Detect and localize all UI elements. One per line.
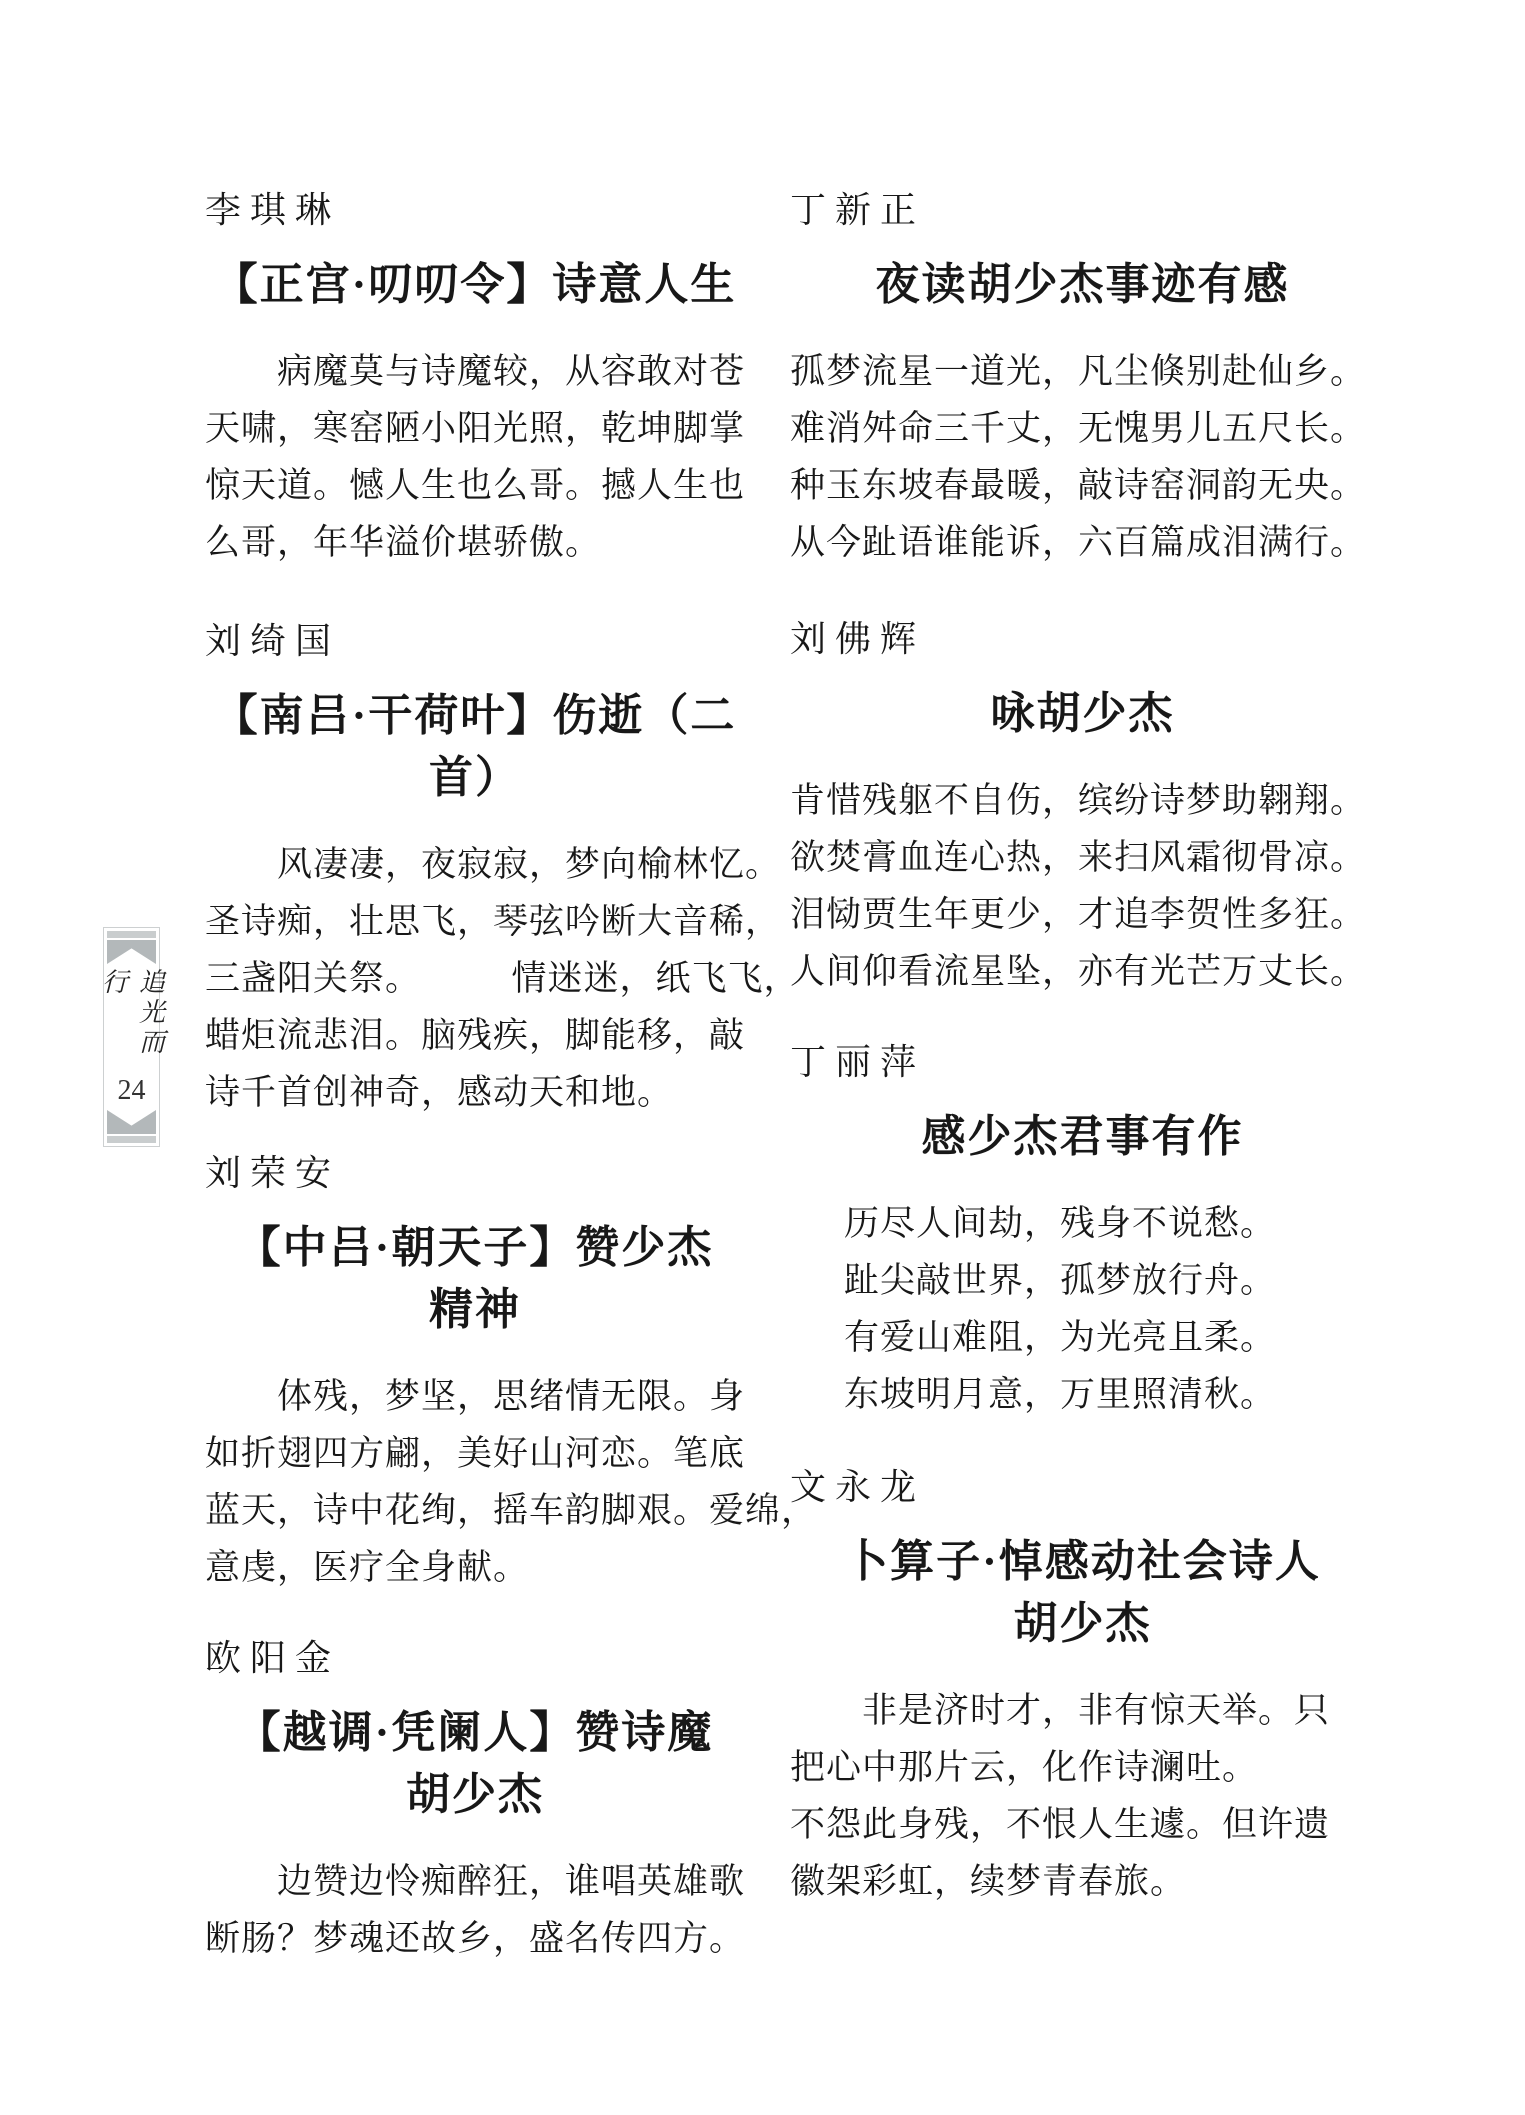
poem-line: 蜡炬流悲泪。脑残疾，脚能移，敲: [205, 1007, 745, 1064]
bookmark-top-ribbon: [107, 940, 156, 964]
bookmark-bottom-strip: [107, 1136, 156, 1143]
poem-line: 非是济时才，非有惊天举。只: [790, 1682, 1375, 1739]
poem-line: 肯惜残躯不自伤，缤纷诗梦助翱翔。: [790, 772, 1375, 829]
poem-line: 蓝天，诗中花绚，摇车韵脚艰。爱绵，: [205, 1482, 745, 1539]
poem-line: 惊天道。憾人生也么哥。撼人生也: [205, 457, 745, 514]
poem-title: 卜算子·悼感动社会诗人 胡少杰: [790, 1531, 1375, 1655]
poem-title-line: 【正宫·叨叨令】诗意人生: [205, 254, 745, 316]
poem-section: 丁新正 夜读胡少杰事迹有感 孤梦流星一道光，凡尘倏别赴仙乡。 难消舛命三千丈，无…: [790, 188, 1375, 571]
poem-title-line: 【越调·凭阑人】赞诗魔: [205, 1702, 745, 1764]
poem-line: 不怨此身残，不恨人生遽。但许遗: [790, 1796, 1375, 1853]
poem-body: 历尽人间劫，残身不说愁。 趾尖敲世界，孤梦放行舟。 有爱山难阻，为光亮且柔。 东…: [790, 1195, 1375, 1423]
poem-title: 【中吕·朝天子】赞少杰 精神: [205, 1217, 745, 1341]
poem-title-line: 夜读胡少杰事迹有感: [790, 254, 1375, 316]
poem-author: 欧阳金: [205, 1636, 745, 1680]
poem-line: 风凄凄，夜寂寂，梦向榆林忆。: [205, 836, 745, 893]
poem-author: 文永龙: [790, 1465, 1375, 1509]
page-number: 24: [107, 1074, 156, 1108]
poem-author: 刘荣安: [205, 1151, 745, 1195]
poem-line: 从今趾语谁能诉，六百篇成泪满行。: [790, 514, 1375, 571]
poem-line: 泪恸贾生年更少，才追李贺性多狂。: [790, 886, 1375, 943]
poem-title-line: 卜算子·悼感动社会诗人: [790, 1531, 1375, 1593]
poem-title-line: 【南吕·干荷叶】伤逝（二首）: [205, 685, 745, 809]
poem-title: 【越调·凭阑人】赞诗魔 胡少杰: [205, 1702, 745, 1826]
poem-author: 刘佛辉: [790, 617, 1375, 661]
poem-author: 李琪琳: [205, 188, 745, 232]
book-title-vertical: 追光而行: [107, 968, 156, 1074]
poem-line: 体残，梦坚，思绪情无限。身: [205, 1368, 745, 1425]
poem-title-line: 感少杰君事有作: [790, 1106, 1375, 1168]
poem-body: 肯惜残躯不自伤，缤纷诗梦助翱翔。 欲焚膏血连心热，来扫风霜彻骨凉。 泪恸贾生年更…: [790, 772, 1375, 1000]
poem-title: 咏胡少杰: [790, 683, 1375, 745]
poem-author: 丁丽萍: [790, 1040, 1375, 1084]
poem-body: 风凄凄，夜寂寂，梦向榆林忆。 圣诗痴，壮思飞，琴弦吟断大音稀， 三盏阳关祭。 情…: [205, 836, 745, 1121]
poem-section: 刘佛辉 咏胡少杰 肯惜残躯不自伤，缤纷诗梦助翱翔。 欲焚膏血连心热，来扫风霜彻骨…: [790, 617, 1375, 1000]
poem-author: 刘绮国: [205, 619, 745, 663]
poem-section: 欧阳金 【越调·凭阑人】赞诗魔 胡少杰 边赞边怜痴醉狂，谁唱英雄歌 断肠？梦魂还…: [205, 1636, 745, 1967]
poem-line: 人间仰看流星坠，亦有光芒万丈长。: [790, 943, 1375, 1000]
poem-line: 孤梦流星一道光，凡尘倏别赴仙乡。: [790, 343, 1375, 400]
poem-section: 刘绮国 【南吕·干荷叶】伤逝（二首） 风凄凄，夜寂寂，梦向榆林忆。 圣诗痴，壮思…: [205, 619, 745, 1121]
poem-line: 东坡明月意，万里照清秋。: [790, 1366, 1375, 1423]
poem-line: 意虔，医疗全身献。: [205, 1539, 745, 1596]
poem-body: 非是济时才，非有惊天举。只 把心中那片云，化作诗澜吐。 不怨此身残，不恨人生遽。…: [790, 1682, 1375, 1910]
poem-title-line: 胡少杰: [790, 1593, 1375, 1655]
poem-title-line: 咏胡少杰: [790, 683, 1375, 745]
poem-body: 病魔莫与诗魔较，从容敢对苍 天啸，寒窑陋小阳光照，乾坤脚掌 惊天道。憾人生也么哥…: [205, 343, 745, 571]
left-column: 李琪琳 【正宫·叨叨令】诗意人生 病魔莫与诗魔较，从容敢对苍 天啸，寒窑陋小阳光…: [205, 0, 745, 1967]
poem-line: 么哥，年华溢价堪骄傲。: [205, 514, 745, 571]
poem-line: 三盏阳关祭。 情迷迷，纸飞飞，: [205, 950, 745, 1007]
poem-title-line: 【中吕·朝天子】赞少杰: [205, 1217, 745, 1279]
poem-title-line: 胡少杰: [205, 1764, 745, 1826]
poem-line: 如折翅四方翩，美好山河恋。笔底: [205, 1425, 745, 1482]
bookmark-bottom-ribbon: [107, 1110, 156, 1134]
poem-section: 文永龙 卜算子·悼感动社会诗人 胡少杰 非是济时才，非有惊天举。只 把心中那片云…: [790, 1465, 1375, 1910]
poem-line: 边赞边怜痴醉狂，谁唱英雄歌: [205, 1853, 745, 1910]
poem-body: 边赞边怜痴醉狂，谁唱英雄歌 断肠？梦魂还故乡，盛名传四方。: [205, 1853, 745, 1967]
poem-author: 丁新正: [790, 188, 1375, 232]
poem-line: 把心中那片云，化作诗澜吐。: [790, 1739, 1375, 1796]
poem-line: 有爱山难阻，为光亮且柔。: [790, 1309, 1375, 1366]
poem-line: 圣诗痴，壮思飞，琴弦吟断大音稀，: [205, 893, 745, 950]
poem-section: 丁丽萍 感少杰君事有作 历尽人间劫，残身不说愁。 趾尖敲世界，孤梦放行舟。 有爱…: [790, 1040, 1375, 1423]
poem-section: 李琪琳 【正宫·叨叨令】诗意人生 病魔莫与诗魔较，从容敢对苍 天啸，寒窑陋小阳光…: [205, 188, 745, 571]
poem-line: 历尽人间劫，残身不说愁。: [790, 1195, 1375, 1252]
poem-line: 病魔莫与诗魔较，从容敢对苍: [205, 343, 745, 400]
poem-line: 天啸，寒窑陋小阳光照，乾坤脚掌: [205, 400, 745, 457]
poem-title: 感少杰君事有作: [790, 1106, 1375, 1168]
poem-line: 诗千首创神奇，感动天和地。: [205, 1064, 745, 1121]
poem-body: 体残，梦坚，思绪情无限。身 如折翅四方翩，美好山河恋。笔底 蓝天，诗中花绚，摇车…: [205, 1368, 745, 1596]
book-page: 追光而行 24 李琪琳 【正宫·叨叨令】诗意人生 病魔莫与诗魔较，从容敢对苍 天…: [0, 0, 1525, 2115]
right-column: 丁新正 夜读胡少杰事迹有感 孤梦流星一道光，凡尘倏别赴仙乡。 难消舛命三千丈，无…: [790, 0, 1375, 1910]
poem-title: 【正宫·叨叨令】诗意人生: [205, 254, 745, 316]
poem-line: 欲焚膏血连心热，来扫风霜彻骨凉。: [790, 829, 1375, 886]
poem-title: 【南吕·干荷叶】伤逝（二首）: [205, 685, 745, 809]
poem-title-line: 精神: [205, 1279, 745, 1341]
poem-line: 难消舛命三千丈，无愧男儿五尺长。: [790, 400, 1375, 457]
poem-body: 孤梦流星一道光，凡尘倏别赴仙乡。 难消舛命三千丈，无愧男儿五尺长。 种玉东坡春最…: [790, 343, 1375, 571]
poem-section: 刘荣安 【中吕·朝天子】赞少杰 精神 体残，梦坚，思绪情无限。身 如折翅四方翩，…: [205, 1151, 745, 1596]
poem-line: 趾尖敲世界，孤梦放行舟。: [790, 1252, 1375, 1309]
poem-title: 夜读胡少杰事迹有感: [790, 254, 1375, 316]
bookmark-top-strip: [107, 931, 156, 938]
poem-line: 断肠？梦魂还故乡，盛名传四方。: [205, 1910, 745, 1967]
poem-line: 种玉东坡春最暖，敲诗窑洞韵无央。: [790, 457, 1375, 514]
poem-line: 徽架彩虹，续梦青春旅。: [790, 1853, 1375, 1910]
page-edge-bookmark: 追光而行 24: [103, 927, 160, 1147]
